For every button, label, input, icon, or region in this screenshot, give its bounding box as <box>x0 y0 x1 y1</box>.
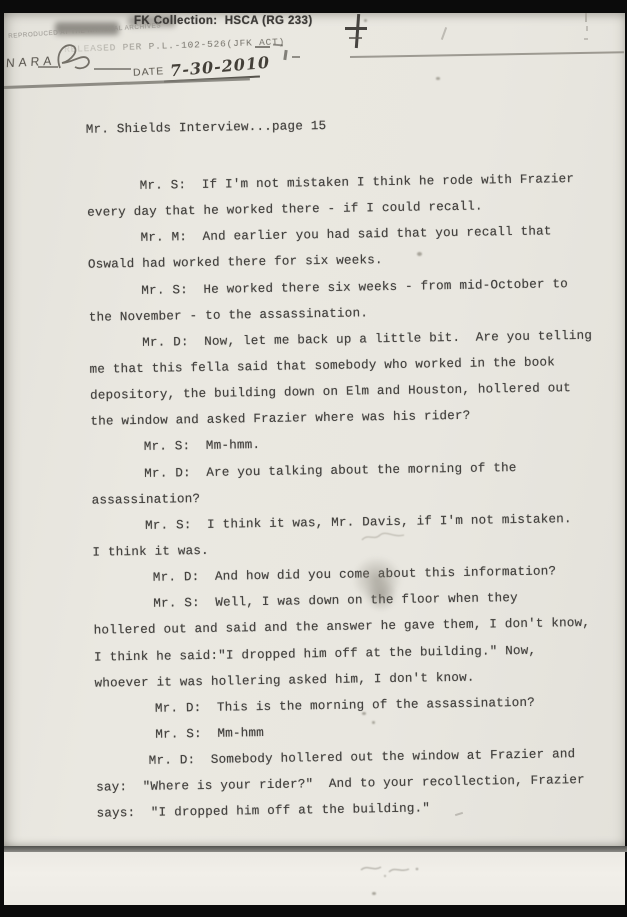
transcript: Mr. S: If I'm not mistaken I think he ro… <box>87 172 617 834</box>
document-page: FK Collection: HSCA (RG 233) REPRODUCED … <box>4 13 625 846</box>
paper-speck <box>417 252 422 256</box>
typed-text-block: Mr. Shields Interview...page 15 Mr. S: I… <box>4 13 625 846</box>
page-title: Mr. Shields Interview...page 15 <box>86 119 327 137</box>
pencil-scribble <box>360 529 408 545</box>
strip-speck <box>372 892 376 895</box>
scanned-document: FK Collection: HSCA (RG 233) REPRODUCED … <box>0 0 627 917</box>
paper-bottom-strip <box>4 852 625 905</box>
bottom-pencil-smudge <box>357 860 427 882</box>
dot-mark-2 <box>362 712 366 715</box>
dot-mark-3 <box>372 721 375 724</box>
